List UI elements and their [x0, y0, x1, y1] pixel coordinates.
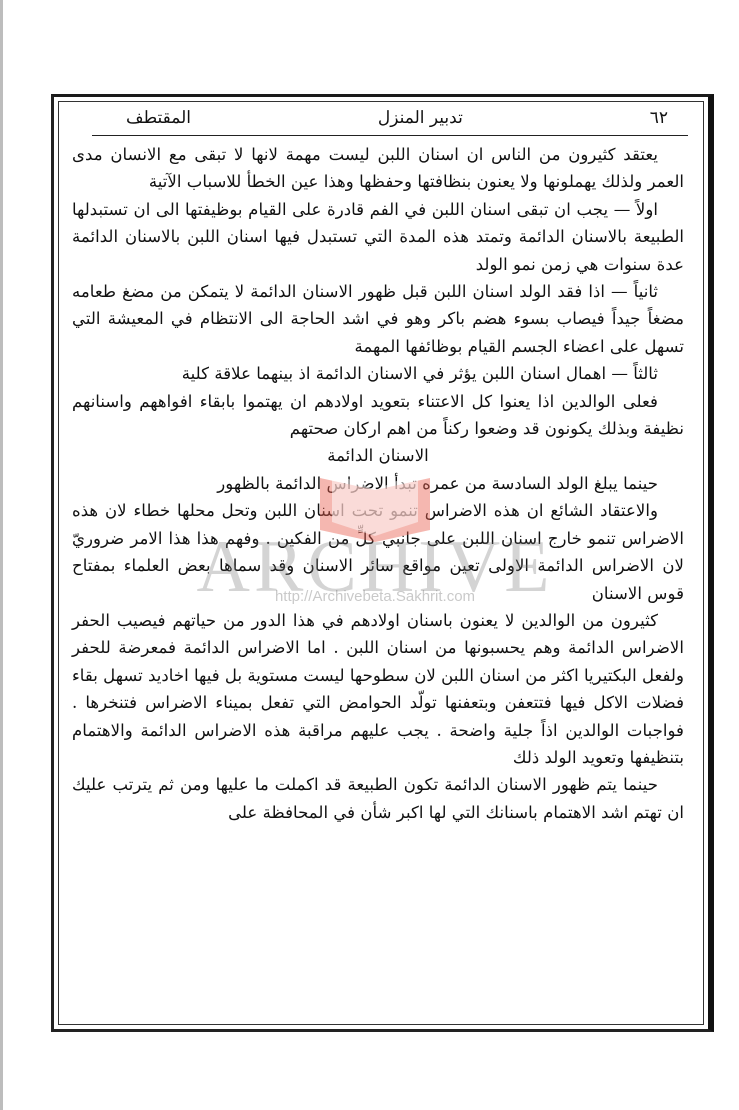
subheading-permanent-teeth: الاسنان الدائمة — [72, 442, 684, 469]
paragraph-first-reason: اولاً — يجب ان تبقى اسنان اللبن في الفم … — [72, 196, 684, 278]
paragraph-second-reason: ثانياً — اذا فقد الولد اسنان اللبن قبل ظ… — [72, 278, 684, 360]
paragraph-molars-care: كثيرون من الوالدين لا يعنون باسنان اولاد… — [72, 607, 684, 771]
scan-left-edge — [0, 0, 3, 1110]
paragraph-conclusion: حينما يتم ظهور الاسنان الدائمة تكون الطب… — [72, 771, 684, 826]
journal-name: المقتطف — [126, 108, 191, 128]
running-header: ٦٢ تدبير المنزل المقتطف — [116, 103, 678, 133]
paragraph-third-reason: ثالثاً — اهمال اسنان اللبن يؤثر في الاسن… — [72, 360, 684, 387]
paragraph-sixth-year: حينما يبلغ الولد السادسة من عمره تبدأ ال… — [72, 470, 684, 497]
page-frame: ٦٢ تدبير المنزل المقتطف يعتقد كثيرون من … — [51, 94, 714, 1032]
header-rule — [92, 135, 688, 136]
article-body: يعتقد كثيرون من الناس ان اسنان اللبن ليس… — [72, 141, 684, 826]
page-number: ٦٢ — [650, 108, 668, 128]
paragraph-common-belief: والاعتقاد الشائع ان هذه الاضراس تنمو تحت… — [72, 497, 684, 607]
paragraph-parents-duty: فعلى الوالدين اذا يعنوا كل الاعتناء بتعو… — [72, 388, 684, 443]
section-title: تدبير المنزل — [378, 108, 463, 128]
paragraph-intro: يعتقد كثيرون من الناس ان اسنان اللبن ليس… — [72, 141, 684, 196]
